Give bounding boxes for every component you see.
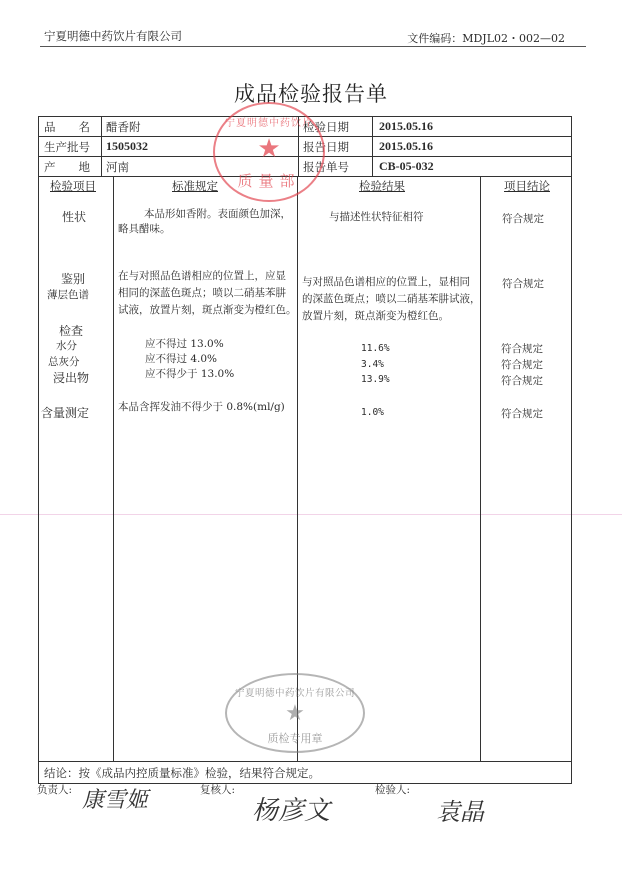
row-identification-subitem: 薄层色谱: [47, 287, 89, 303]
inspection-seal: 宁夏明德中药饮片有限公司 ★ 质检专用章: [225, 673, 365, 753]
responsible-label: 负责人:: [37, 782, 72, 798]
row-extract-standard: 应不得少于 13.0%: [145, 366, 234, 382]
row-assay-standard: 本品含挥发油不得少于 0.8%(ml/g): [118, 399, 285, 415]
row-appearance-conclusion: 符合规定: [502, 211, 544, 227]
row-ash-standard: 应不得过 4.0%: [145, 351, 217, 367]
row-identification-standard-1: 在与对照品色谱相应的位置上，应显: [118, 268, 286, 284]
row-extract-result: 13.9%: [361, 374, 390, 385]
reviewer-signature: 杨彦文: [252, 790, 330, 827]
row-moisture-standard: 应不得过 13.0%: [145, 336, 224, 352]
row-identification-conclusion: 符合规定: [502, 276, 544, 292]
col-header-result: 检验结果: [359, 178, 405, 194]
conclusion-text: 结论：按《成品内控质量标准》检验，结果符合规定。: [44, 765, 320, 781]
reviewer-label: 复核人:: [200, 782, 235, 798]
row-moisture-result: 11.6%: [361, 343, 390, 354]
row-extract-item: 浸出物: [53, 369, 89, 386]
product-name-value: 醋香附: [106, 119, 141, 135]
scan-artifact-line: [0, 514, 622, 515]
origin-label: 产 地: [44, 159, 90, 175]
row-appearance-result: 与描述性状特征相符: [329, 209, 424, 225]
row-ash-item: 总灰分: [48, 354, 80, 370]
star-icon: ★: [215, 136, 323, 162]
row-ash-result: 3.4%: [361, 359, 384, 370]
grey-star-icon: ★: [227, 703, 363, 725]
col-header-item: 检验项目: [50, 178, 96, 194]
responsible-signature: 康雪姬: [82, 783, 148, 814]
row-appearance-standard-1: 本品形如香附。表面颜色加深，: [144, 206, 291, 222]
row-identification-result-3: 放置片刻，斑点渐变为橙红色。: [302, 308, 449, 324]
seal-top-text: 宁夏明德中药饮片: [215, 114, 323, 129]
col-header-conclusion: 项目结论: [504, 178, 550, 194]
row-identification-standard-3: 试液，放置片刻，斑点渐变为橙红色。: [118, 302, 297, 318]
origin-value: 河南: [106, 159, 129, 175]
row-appearance-standard-2: 略具醋味。: [118, 221, 171, 237]
row-assay-result: 1.0%: [361, 407, 384, 418]
batch-label: 生产批号: [44, 139, 90, 155]
row-assay-item: 含量测定: [41, 404, 89, 421]
row-ash-conclusion: 符合规定: [501, 357, 543, 373]
grey-seal-top-text: 宁夏明德中药饮片有限公司: [227, 685, 363, 699]
grey-seal-bottom-text: 质检专用章: [227, 730, 363, 746]
header-divider: [40, 46, 586, 47]
report-date-value: 2015.05.16: [379, 139, 433, 154]
col-header-standard: 标准规定: [172, 178, 218, 194]
row-identification-result-2: 的深蓝色斑点；喷以二硝基苯肼试液，: [302, 291, 481, 307]
batch-value: 1505032: [106, 139, 148, 154]
row-moisture-item: 水分: [56, 338, 77, 354]
row-extract-conclusion: 符合规定: [501, 373, 543, 389]
row-check-item: 检查: [59, 322, 83, 339]
row-moisture-conclusion: 符合规定: [501, 341, 543, 357]
report-no-value: CB-05-032: [379, 159, 434, 174]
company-name: 宁夏明德中药饮片有限公司: [44, 28, 182, 44]
row-identification-item: 鉴别: [61, 270, 85, 287]
quality-dept-seal: 宁夏明德中药饮片 ★ 质量部: [213, 102, 325, 202]
seal-bottom-text: 质量部: [215, 170, 323, 191]
page-title: 成品检验报告单: [0, 78, 622, 108]
row-assay-conclusion: 符合规定: [501, 406, 543, 422]
row-identification-standard-2: 相同的深蓝色斑点；喷以二硝基苯肼: [118, 285, 286, 301]
row-identification-result-1: 与对照品色谱相应的位置上，显相同: [302, 274, 470, 290]
inspector-signature: 袁晶: [436, 792, 484, 827]
inspect-date-value: 2015.05.16: [379, 119, 433, 134]
file-code: 文件编码：MDJL02・002—02: [407, 30, 565, 46]
product-name-label: 品 名: [44, 119, 90, 135]
inspector-label: 检验人:: [375, 782, 410, 798]
row-appearance-item: 性状: [62, 208, 86, 225]
